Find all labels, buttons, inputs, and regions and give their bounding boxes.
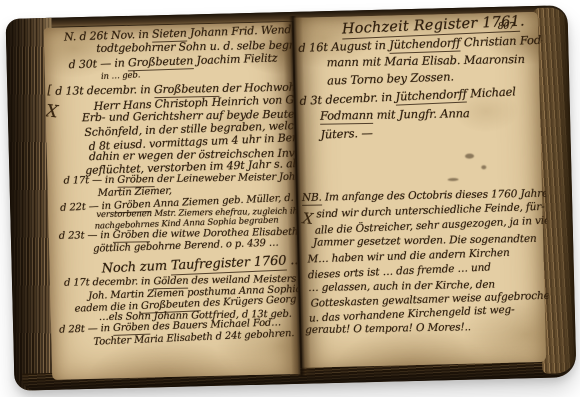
burial-entry-line: d 17t — in Gröben der Leineweber Meister… [63,172,300,186]
open-manuscript-book: X [ N. d 26t Nov. in Sieten Johann Frid.… [6,5,577,391]
text-seg: Christian Fod- [460,33,545,50]
text-seg: Jüters. — [320,126,373,142]
text-seg: Martin Ziemer, [98,186,172,199]
text-seg: . [520,13,526,29]
text-seg: d 23t — in [59,230,113,242]
text-seg: geraubt! O tempora! O Mores!.. [305,321,471,336]
text-seg: in … geb. [101,70,141,82]
text-seg: Johann Frid. Wendel… [186,22,300,39]
nb-note-line: … gelassen, auch in der Kirche, den [308,280,495,294]
text-seg: d 17t decembr. in [64,276,154,289]
text-seg: d 30t — in [68,56,128,71]
nb-marker: NB. [302,192,322,206]
text-seg: d 16t August in [298,38,389,55]
margin-cross-mark: X [45,101,59,122]
interline-note: in … geb. [101,71,141,81]
photo-background: X [ N. d 26t Nov. in Sieten Johann Frid.… [0,0,580,397]
nb-note-line: geraubt! O tempora! O Mores!.. [305,322,471,335]
marriage-entry-line: aus Torno bey Zossen. [327,71,454,87]
underlined-title: Taufregister 1760 [171,253,287,275]
underlined-place: Jütchendorff [389,35,461,53]
margin-bracket-mark: [ [47,83,52,97]
text-seg: d 17t — in [63,175,117,187]
text-seg: aus Torno bey Zossen. [327,69,454,87]
marriage-entry-line: mann mit Maria Elisab. Maaronsin [327,54,525,69]
page-number: 807 [498,23,515,32]
text-seg: mann mit Maria Elisab. Maaronsin [327,52,525,69]
margin-cross-mark: X [302,209,314,228]
right-page-text: Hochzeit Register 1761. 807 X d 16t Augu… [296,12,550,366]
text-seg: der Leineweber Meister Johann [154,171,300,185]
text-seg: Joachim Fielitz [193,51,278,67]
taufregister-heading: Noch zum Taufregister 1760 .. [101,254,298,276]
text-seg: Noch zum [101,259,171,277]
text-seg: Michael [466,84,516,100]
burial-entry-line: d 30t — in Großbeuten Joachim Fielitz [69,52,278,70]
underlined-place: Gröben [113,229,150,243]
text-seg: d 28t — in [59,323,113,336]
nb-note-line: dieses orts ist … das fremde … und [308,262,491,280]
text-seg: d 13t decembr. in [55,83,154,98]
underlined-name: Fodmann [320,108,373,125]
text-seg: d 3t decembr. in [299,90,396,108]
underlined-place: Jütchendorff [395,87,467,106]
text-seg: mit Jungfr. Anna [373,106,470,122]
marriage-entry-line: Jüters. — [320,128,373,141]
underlined-place: Großbeuten [128,54,194,71]
left-page-text: X [ N. d 26t Nov. in Sieten Johann Frid.… [44,22,301,380]
marriage-entry-line: Fodmann mit Jungfr. Anna [320,108,470,122]
burial-entry-line: Martin Ziemer, [98,187,172,199]
text-seg: .. [286,253,299,269]
marriage-entry-line: d 3t decembr. in Jütchendorff Michael [299,86,516,107]
